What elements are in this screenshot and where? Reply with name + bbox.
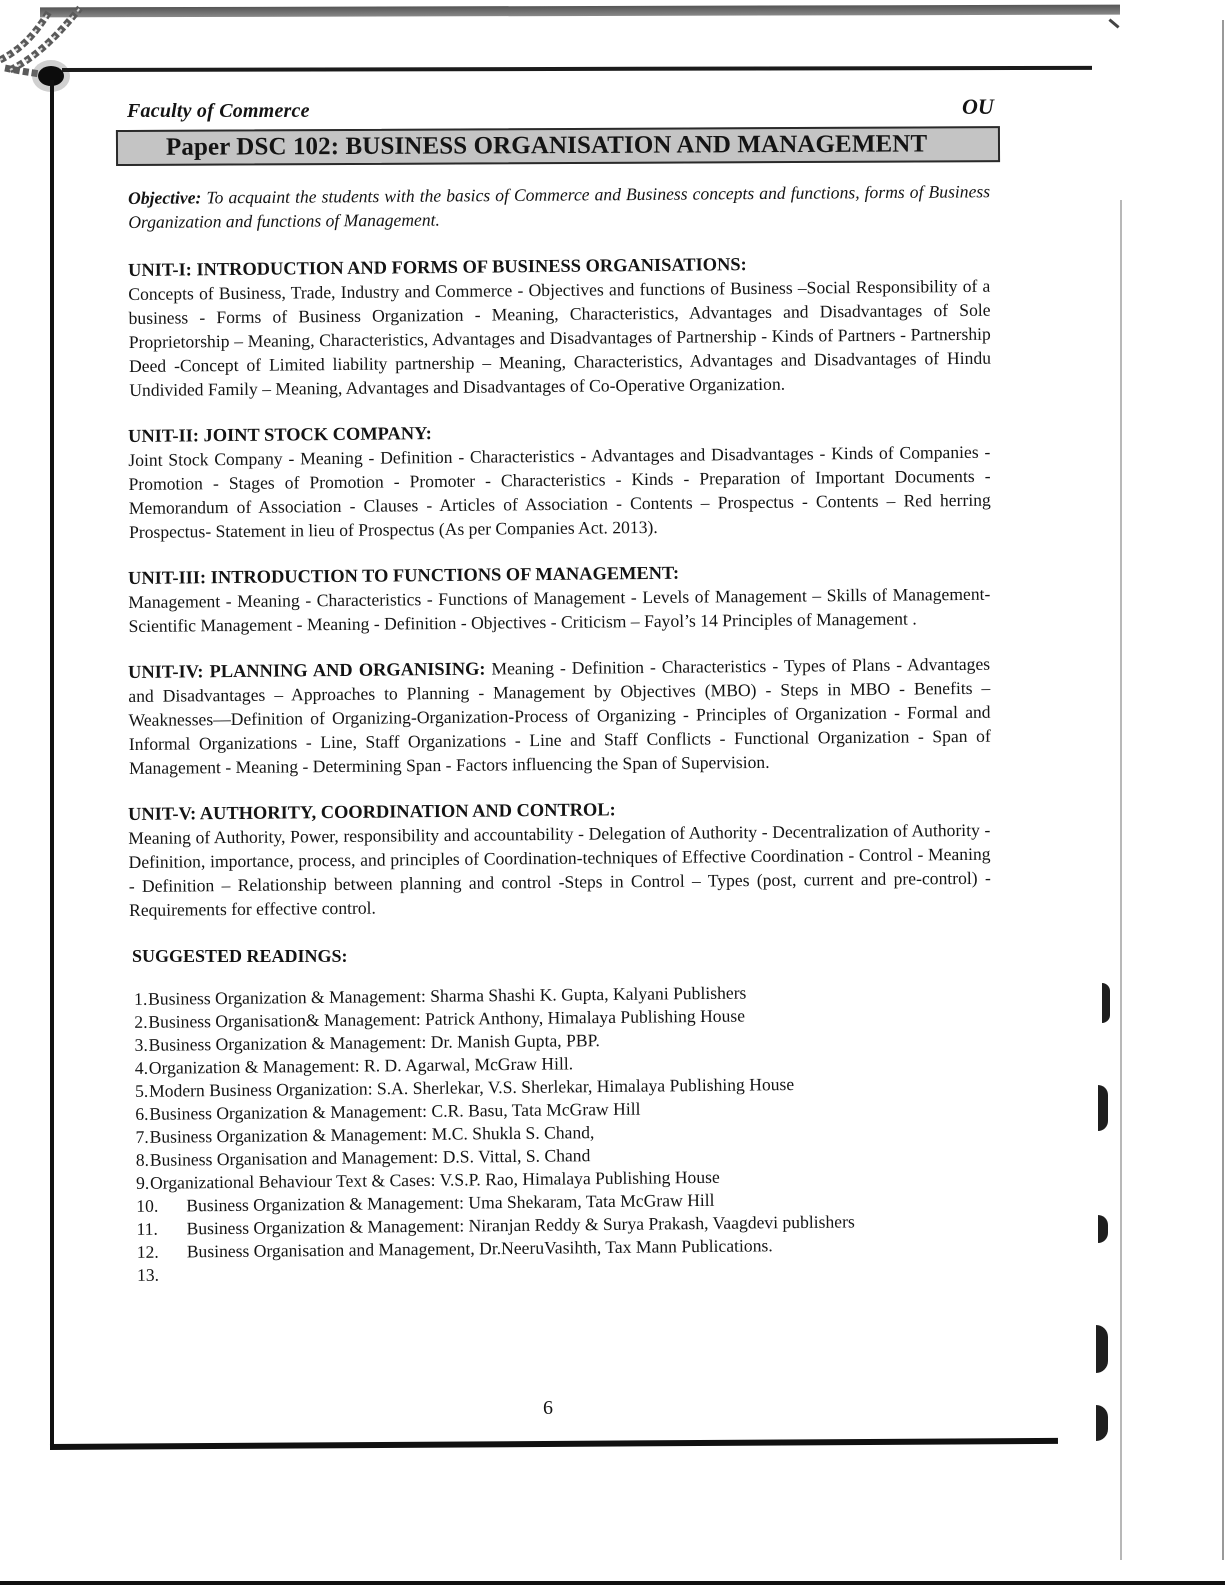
institution-abbrev: OU (962, 94, 994, 120)
faculty-name: Faculty of Commerce (127, 100, 310, 123)
reading-number: 12. (137, 1240, 187, 1264)
scan-edge-line (1222, 20, 1224, 1560)
unit-2: UNIT-II: JOINT STOCK COMPANY: Joint Stoc… (128, 416, 991, 544)
unit-5: UNIT-V: AUTHORITY, COORDINATION AND CONT… (128, 794, 991, 922)
binding-hole-mark (1102, 983, 1110, 1023)
page-number: 6 (543, 1397, 553, 1420)
unit-4: UNIT-IV: PLANNING AND ORGANISING: Meanin… (128, 652, 991, 780)
objective: Objective: To acquaint the students with… (128, 179, 990, 234)
page-frame-bottom-rule (50, 1438, 1058, 1450)
unit-text: Joint Stock Company - Meaning - Definiti… (128, 440, 991, 544)
reading-number: 11. (136, 1217, 186, 1241)
binding-hole-mark (1096, 1325, 1108, 1373)
reading-number: 6. (135, 1103, 149, 1126)
unit-title: UNIT-IV: PLANNING AND ORGANISING: (128, 659, 486, 682)
syllabus-content: Objective: To acquaint the students with… (128, 186, 990, 1287)
reading-number: 8. (136, 1149, 150, 1172)
unit-1: UNIT-I: INTRODUCTION AND FORMS OF BUSINE… (128, 250, 991, 402)
reading-number: 1. (134, 988, 148, 1011)
reading-number: 10. (136, 1194, 186, 1218)
scan-bottom-edge (0, 1581, 1225, 1585)
binding-hole-mark (1096, 1405, 1108, 1441)
unit-3: UNIT-III: INTRODUCTION TO FUNCTIONS OF M… (128, 558, 991, 638)
reading-number: 13. (137, 1263, 187, 1287)
objective-label: Objective: (128, 187, 201, 208)
reading-number: 4. (135, 1057, 149, 1080)
binding-hole-mark (1098, 1215, 1108, 1243)
binding-hole-mark (1098, 1085, 1108, 1131)
reading-number: 5. (135, 1080, 149, 1103)
reading-number: 2. (134, 1011, 148, 1034)
unit-text: Management - Meaning - Characteristics -… (128, 582, 990, 638)
reading-number: 7. (135, 1126, 149, 1149)
paper-title: Paper DSC 102: BUSINESS ORGANISATION AND… (166, 130, 927, 161)
page-edge-line (1120, 200, 1122, 1560)
paper-title-banner: Paper DSC 102: BUSINESS ORGANISATION AND… (116, 126, 1000, 166)
unit-text: Concepts of Business, Trade, Industry an… (128, 274, 991, 402)
page-frame-left-rule (50, 80, 54, 1448)
page-frame-top-rule (62, 66, 1092, 72)
readings-list: 1.Business Organization & Management: Sh… (128, 979, 993, 1287)
objective-text: To acquaint the students with the basics… (128, 181, 990, 232)
reading-number: 3. (134, 1034, 148, 1057)
reading-number: 9. (136, 1172, 150, 1195)
scan-corner-mark (1108, 18, 1119, 28)
scan-top-edge (40, 5, 1120, 18)
unit-text: Meaning of Authority, Power, responsibil… (128, 818, 991, 922)
readings-heading: SUGGESTED READINGS: (132, 944, 990, 968)
